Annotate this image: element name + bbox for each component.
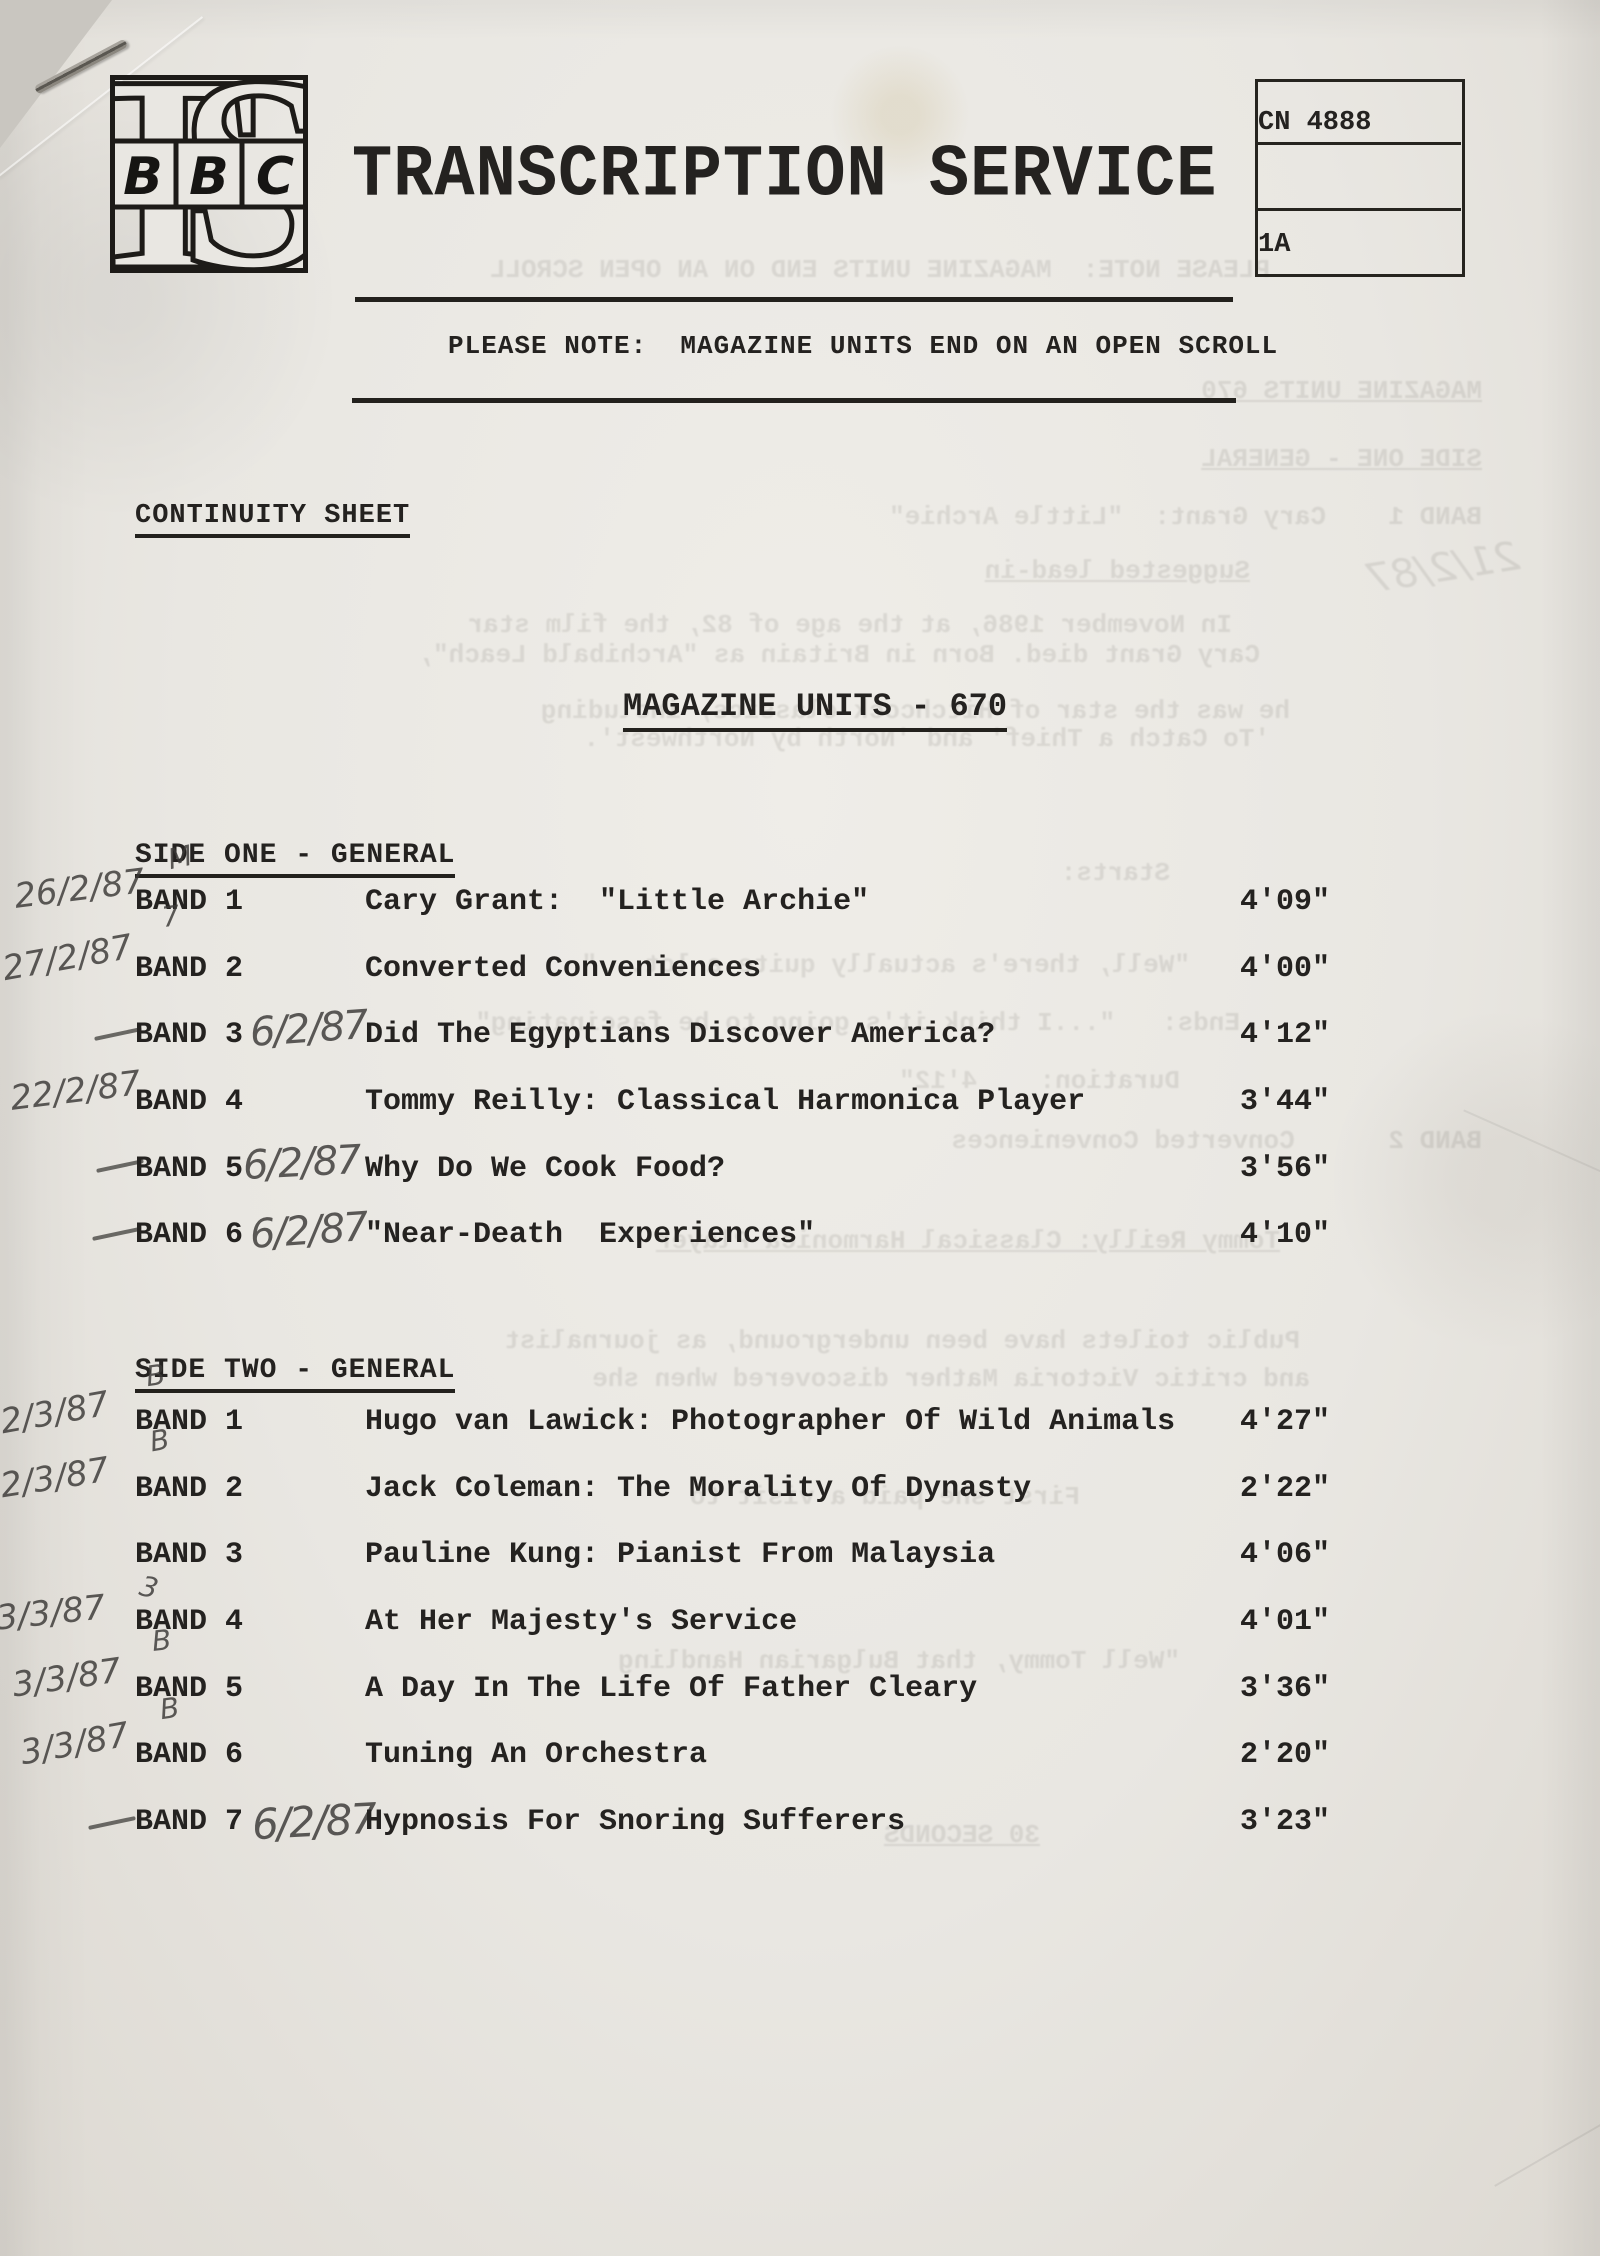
band-row: 2/3/87 B BAND 2 Jack Coleman: The Morali…: [0, 1472, 1600, 1516]
band-row: 6/2/87 BAND 7 Hypnosis For Snoring Suffe…: [0, 1805, 1600, 1849]
page-code: 1A: [1258, 230, 1462, 260]
band-title: Cary Grant: "Little Archie": [365, 885, 869, 919]
handwritten-date: 26/2/87: [12, 861, 147, 917]
ghost-line: In November 1986, at the age of 82, the …: [467, 610, 1232, 640]
band-title: "Near-Death Experiences": [365, 1218, 815, 1252]
ghost-line: and critic Victoria Mather discovered wh…: [592, 1364, 1310, 1394]
band-duration: 3'23": [1240, 1805, 1330, 1839]
ghost-line: Suggested lead-in: [985, 556, 1250, 586]
band-duration: 2'20": [1240, 1738, 1330, 1772]
crease: [1494, 2075, 1600, 2187]
ghost-line: SIDE ONE - GENERAL: [1201, 444, 1482, 474]
ghost-line: PLEASE NOTE: MAGAZINE UNITS END ON AN OP…: [490, 255, 1270, 285]
band-label: BAND 4: [135, 1085, 243, 1119]
band-row: 6/2/87 BAND 6 "Near-Death Experiences" 4…: [0, 1218, 1600, 1262]
ghost-line: Starts:: [1061, 858, 1170, 888]
handwritten-date: 2/3/87: [0, 1450, 112, 1507]
band-duration: 4'10": [1240, 1218, 1330, 1252]
ghost-handwriting: 21/2/87: [1363, 533, 1523, 603]
band-duration: 4'01": [1240, 1605, 1330, 1639]
band-label: BAND 2: [135, 1472, 243, 1506]
band-label: BAND 6: [135, 1738, 243, 1772]
band-duration: 4'06": [1240, 1538, 1330, 1572]
handwritten-dash: [92, 1227, 140, 1241]
band-duration: 3'36": [1240, 1672, 1330, 1706]
band-title: Did The Egyptians Discover America?: [365, 1018, 995, 1052]
side-two-heading: SIDE TWO - GENERAL: [135, 1355, 455, 1393]
band-row: 6/2/87 BAND 5 Why Do We Cook Food? 3'56": [0, 1152, 1600, 1196]
band-row: 26/2/87 M BAND 1 Cary Grant: "Little Arc…: [0, 885, 1600, 929]
band-title: At Her Majesty's Service: [365, 1605, 797, 1639]
ghost-line: MAGAZINE UNITS 670: [1201, 376, 1482, 406]
band-label: BAND 3: [135, 1538, 243, 1572]
handwritten-date: 2/3/87: [0, 1384, 112, 1442]
reference-box-divider: [1257, 142, 1461, 145]
band-duration: 4'12": [1240, 1018, 1330, 1052]
band-title: Pauline Kung: Pianist From Malaysia: [365, 1538, 995, 1572]
handwritten-inline-date: 6/2/87: [249, 1204, 369, 1258]
continuity-heading: CONTINUITY SHEET: [135, 501, 410, 538]
handwritten-inline-date: 6/2/87: [251, 1794, 377, 1849]
band-duration: 4'09": [1240, 885, 1330, 919]
band-title: Hugo van Lawick: Photographer Of Wild An…: [365, 1405, 1175, 1439]
band-row: 3/3/87 B BAND 5 A Day In The Life Of Fat…: [0, 1672, 1600, 1716]
band-duration: 3'44": [1240, 1085, 1330, 1119]
band-row: 3/3/87 B BAND 6 Tuning An Orchestra 2'20…: [0, 1738, 1600, 1782]
band-title: Tommy Reilly: Classical Harmonica Player: [365, 1085, 1085, 1119]
document-page: PLEASE NOTE: MAGAZINE UNITS END ON AN OP…: [0, 0, 1600, 2256]
handwritten-date: 3/3/87: [0, 1587, 107, 1638]
bbc-ts-logo: T S B B C: [110, 75, 308, 273]
logo-letter-c: C: [256, 147, 294, 207]
band-title: A Day In The Life Of Father Cleary: [365, 1672, 977, 1706]
logo-letter-b1: B: [123, 147, 163, 207]
reference-number: CN 4888: [1258, 108, 1462, 138]
band-row: 6/2/87 BAND 3 Did The Egyptians Discover…: [0, 1018, 1600, 1062]
notice-rule-bottom: [352, 398, 1236, 403]
band-row: 22/2/87 BAND 4 Tommy Reilly: Classical H…: [0, 1085, 1600, 1129]
band-duration: 4'00": [1240, 952, 1330, 986]
band-label: BAND 1: [135, 885, 243, 919]
band-title: Jack Coleman: The Morality Of Dynasty: [365, 1472, 1031, 1506]
handwritten-inline-date: 6/2/87: [242, 1137, 361, 1189]
ghost-line: Cary Grant died. Born in Britain as "Arc…: [417, 640, 1260, 670]
band-title: Hypnosis For Snoring Sufferers: [365, 1805, 905, 1839]
band-label: BAND 3: [135, 1018, 243, 1052]
handwritten-inline-date: 6/2/87: [249, 1002, 369, 1056]
band-title: Tuning An Orchestra: [365, 1738, 707, 1772]
band-row: 3/3/87 3 BAND 4 At Her Majesty's Service…: [0, 1605, 1600, 1649]
band-title: Why Do We Cook Food?: [365, 1152, 725, 1186]
handwritten-date: 27/2/87: [0, 927, 136, 989]
band-label: BAND 7: [135, 1805, 243, 1839]
band-label: BAND 5: [135, 1672, 243, 1706]
band-duration: 3'56": [1240, 1152, 1330, 1186]
band-row: 2/3/87 B BAND 1 Hugo van Lawick: Photogr…: [0, 1405, 1600, 1449]
logo-letter-b2: B: [189, 147, 229, 207]
page-title: TRANSCRIPTION SERVICE: [352, 134, 1217, 218]
notice-text: PLEASE NOTE: MAGAZINE UNITS END ON AN OP…: [448, 331, 1278, 361]
band-duration: 2'22": [1240, 1472, 1330, 1506]
band-duration: 4'27": [1240, 1405, 1330, 1439]
notice-rule-top: [355, 297, 1233, 302]
band-label: BAND 5: [135, 1152, 243, 1186]
band-label: BAND 2: [135, 952, 243, 986]
band-row: 27/2/87 7 BAND 2 Converted Conveniences …: [0, 952, 1600, 996]
reference-box-divider: [1257, 208, 1461, 211]
handwritten-date: 3/3/87: [17, 1715, 132, 1773]
handwritten-mark: B: [150, 1623, 173, 1658]
handwritten-date: 22/2/87: [8, 1063, 143, 1119]
handwritten-dash: [88, 1816, 136, 1830]
band-label: BAND 6: [135, 1218, 243, 1252]
ghost-line: BAND 1 Cary Grant: "Little Archie": [889, 502, 1482, 532]
band-row: BAND 3 Pauline Kung: Pianist From Malays…: [0, 1538, 1600, 1582]
ghost-line: Public toilets have been underground, as…: [504, 1326, 1300, 1356]
band-title: Converted Conveniences: [365, 952, 761, 986]
document-heading: MAGAZINE UNITS - 670: [623, 688, 1007, 732]
reference-box: CN 4888 1A: [1255, 79, 1465, 277]
handwritten-date: 3/3/87: [10, 1651, 124, 1706]
